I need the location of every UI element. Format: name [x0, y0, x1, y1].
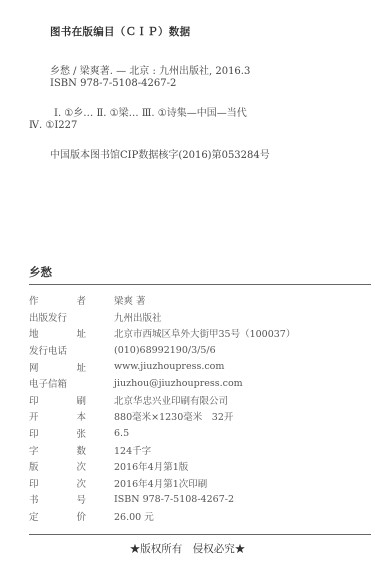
spec-row-printing: 印次 2016年4月第1次印刷	[29, 475, 295, 492]
cip-approval-number: 中国版本图书馆CIP数据核字(2016)第053284号	[50, 146, 270, 161]
spec-label: 印张	[29, 426, 114, 440]
spec-list: 作者 梁爽 著 出版发行 九州出版社 地址 北京市西城区阜外大街甲35号（100…	[29, 292, 295, 524]
spec-value: ISBN 978-7-5108-4267-2	[114, 494, 234, 505]
spec-value: 2016年4月第1版	[114, 459, 188, 473]
cip-classification: Ⅳ. ①I227	[29, 120, 77, 131]
cip-isbn: ISBN 978-7-5108-4267-2	[50, 78, 176, 89]
spec-value: 2016年4月第1次印刷	[114, 476, 207, 490]
spec-row-author: 作者 梁爽 著	[29, 292, 295, 309]
spec-value: www.jiuzhoupress.com	[114, 361, 224, 372]
spec-label: 版次	[29, 459, 114, 473]
spec-row-printer: 印刷 北京华忠兴业印刷有限公司	[29, 392, 295, 409]
spec-value: 梁爽 著	[114, 293, 146, 307]
spec-label: 发行电话	[29, 343, 114, 357]
spec-label: 印次	[29, 476, 114, 490]
spec-label: 网址	[29, 360, 114, 374]
spec-label: 电子信箱	[29, 376, 114, 390]
spec-value: 124千字	[114, 443, 151, 457]
spec-row-edition: 版次 2016年4月第1版	[29, 458, 295, 475]
spec-label: 定价	[29, 509, 114, 523]
spec-row-price: 定价 26.00 元	[29, 508, 295, 525]
spec-row-publisher: 出版发行 九州出版社	[29, 309, 295, 326]
cip-heading: 图书在版编目（ＣＩＰ）数据	[50, 24, 190, 39]
spec-row-website: 网址 www.jiuzhoupress.com	[29, 358, 295, 375]
spec-row-sheets: 印张 6.5	[29, 425, 295, 442]
spec-value: 北京华忠兴业印刷有限公司	[114, 393, 228, 407]
spec-row-format: 开本 880毫米×1230毫米 32开	[29, 408, 295, 425]
book-title: 乡愁	[29, 264, 52, 280]
spec-row-isbn: 书号 ISBN 978-7-5108-4267-2	[29, 491, 295, 508]
cip-citation: 乡愁 / 梁爽著. — 北京 : 九州出版社, 2016.3	[50, 62, 250, 77]
spec-label: 书号	[29, 492, 114, 506]
spec-value: 九州出版社	[114, 310, 162, 324]
spec-value: 6.5	[114, 428, 129, 439]
spec-value: 北京市西城区阜外大街甲35号（100037）	[114, 326, 295, 340]
spec-value: 26.00 元	[114, 509, 154, 523]
cip-subject-index: Ⅰ. ①乡… Ⅱ. ①梁… Ⅲ. ①诗集—中国—当代	[54, 104, 247, 119]
copyright-notice: ★版权所有 侵权必究★	[0, 541, 375, 556]
top-divider	[29, 284, 371, 285]
spec-row-email: 电子信箱 jiuzhou@jiuzhoupress.com	[29, 375, 295, 392]
bottom-divider	[29, 534, 371, 535]
spec-label: 开本	[29, 409, 114, 423]
spec-row-phone: 发行电话 (010)68992190/3/5/6	[29, 342, 295, 359]
spec-row-word-count: 字数 124千字	[29, 441, 295, 458]
spec-label: 作者	[29, 293, 114, 307]
spec-label: 印刷	[29, 393, 114, 407]
spec-label: 字数	[29, 443, 114, 457]
spec-value: (010)68992190/3/5/6	[114, 345, 216, 356]
spec-value: jiuzhou@jiuzhoupress.com	[114, 378, 243, 389]
spec-label: 地址	[29, 326, 114, 340]
spec-value: 880毫米×1230毫米 32开	[114, 409, 233, 423]
spec-label: 出版发行	[29, 310, 114, 324]
spec-row-address: 地址 北京市西城区阜外大街甲35号（100037）	[29, 325, 295, 342]
